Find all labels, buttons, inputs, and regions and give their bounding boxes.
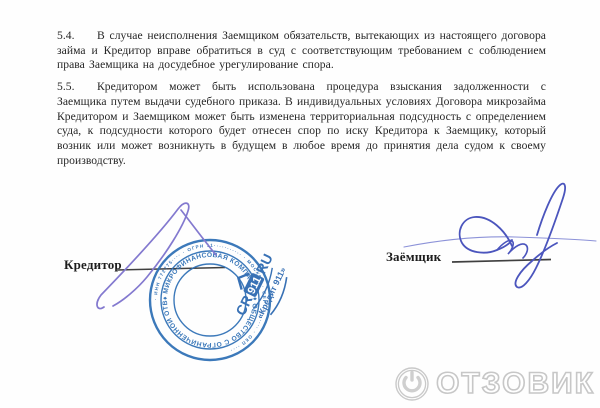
signature-artwork: · ИНН 772775···· · ОГРН 11··········· · … — [0, 0, 600, 408]
otzovik-watermark: ОТЗОВИК — [393, 365, 595, 403]
borrower-signature-line — [452, 260, 551, 263]
company-stamp: · ИНН 772775···· · ОГРН 11··········· · … — [0, 0, 314, 360]
stamp-inner-circle — [174, 264, 246, 336]
creditor-signature-line — [116, 268, 225, 271]
otzovik-logo-icon — [393, 365, 431, 403]
otzovik-watermark-text: ОТЗОВИК — [436, 369, 595, 399]
borrower-signature — [404, 184, 596, 288]
document-page: 5.4.В случае неисполнения Заемщиком обяз… — [0, 0, 600, 408]
